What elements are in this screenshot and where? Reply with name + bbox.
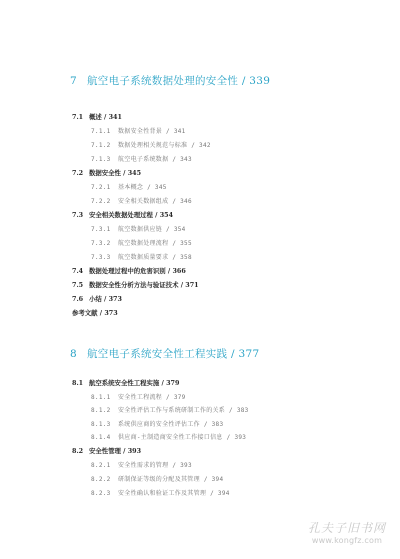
chapter-title: 航空电子系统数据处理的安全性 / 339 [87,75,270,87]
toc-entry: 7.2数据安全性 / 345 [72,168,141,177]
toc-entry: 7.3.2航空数据处理流程 / 355 [91,238,192,247]
toc-entry: 8.1.2安全性评估工作与系统研制工作的关系 / 383 [91,405,249,414]
toc-entry: 8.2.1安全性需求的管理 / 393 [91,460,192,469]
toc-entry: 7.1.1数据安全性背景 / 341 [91,126,186,135]
toc-entry: 7.3.3航空数据质量要求 / 358 [91,252,192,261]
toc-entry: 7.4数据处理过程中的危害识别 / 366 [72,266,186,275]
toc-entry-references: 参考文献 / 373 [72,308,118,317]
chapter-8-heading: 8航空电子系统安全性工程实践 / 377 [70,346,259,361]
chapter-7-heading: 7航空电子系统数据处理的安全性 / 339 [70,73,270,88]
toc-entry: 8.1.1安全性工程流程 / 379 [91,392,186,401]
toc-page: 7航空电子系统数据处理的安全性 / 339 7.1概述 / 341 7.1.1数… [0,0,400,559]
watermark: 孔夫子旧书网 www.kongfz.com [308,519,386,545]
toc-entry: 7.5数据安全性分析方法与验证技术 / 371 [72,280,199,289]
watermark-url: www.kongfz.com [308,536,386,545]
toc-entry: 7.1概述 / 341 [72,112,122,121]
toc-entry: 8.2.3安全性确认和验证工作及其管理 / 394 [91,488,230,497]
toc-entry: 7.3安全相关数据处理过程 / 354 [72,210,173,219]
toc-entry: 8.2安全性管理 / 393 [72,446,141,455]
toc-entry: 7.1.2数据处理相关规范与标准 / 342 [91,140,211,149]
toc-entry: 7.1.3航空电子系统数据 / 343 [91,154,192,163]
toc-entry: 8.1航空系统安全性工程实施 / 379 [72,378,179,387]
chapter-number: 8 [70,348,87,360]
toc-entry: 7.3.1航空数据供应链 / 354 [91,224,186,233]
toc-entry: 8.1.3系统供应商的安全性评估工作 / 383 [91,419,223,428]
watermark-name: 孔夫子旧书网 [308,519,386,536]
toc-entry: 8.1.4供应商-主制造商安全性工作接口信息 / 393 [91,432,246,441]
chapter-number: 7 [70,75,87,87]
chapter-title: 航空电子系统安全性工程实践 / 377 [87,348,259,360]
toc-entry: 7.6小结 / 373 [72,294,122,303]
toc-entry: 8.2.2研制保证等级的分配及其管理 / 394 [91,474,223,483]
toc-entry: 7.2.1基本概念 / 345 [91,182,167,191]
toc-entry: 7.2.2安全相关数据组成 / 346 [91,196,192,205]
